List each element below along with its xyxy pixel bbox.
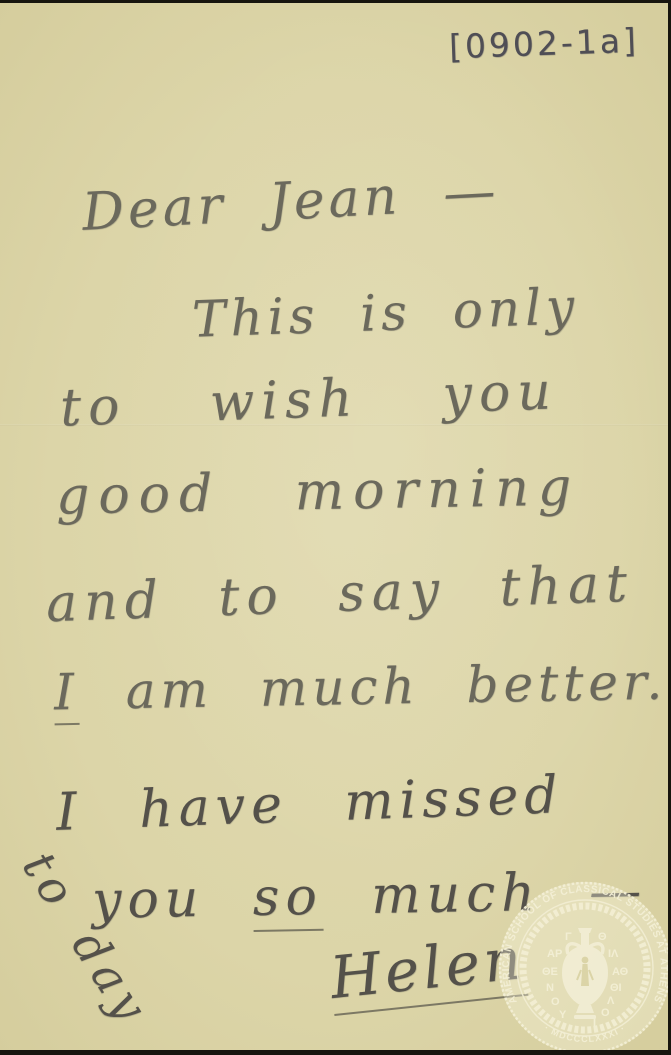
svg-text:Ν: Ν: [546, 982, 554, 994]
letter-line-much-better: I am much better.: [54, 653, 668, 722]
letter-line-this-is-only: This is only: [191, 277, 580, 348]
svg-text:Γ: Γ: [565, 931, 572, 943]
embossed-seal: AMERICAN SCHOOL OF CLASSICAL STUDIES AT …: [495, 878, 671, 1055]
svg-text:ΑΘ: ΑΘ: [612, 966, 629, 978]
svg-text:Υ: Υ: [559, 1009, 567, 1021]
svg-text:Θ: Θ: [598, 931, 607, 943]
svg-text:ΘΙ: ΘΙ: [610, 982, 622, 994]
letter-salutation: Dear Jean —: [81, 161, 501, 243]
svg-text:Λ: Λ: [607, 995, 615, 1007]
archive-reference-annotation: [0902-1a]: [448, 21, 639, 67]
svg-text:ΑΡ: ΑΡ: [547, 948, 562, 960]
scanned-letter-page: [0902-1a] Dear Jean — This is only to wi…: [0, 0, 671, 1055]
scan-edge-bottom: [0, 1050, 671, 1055]
letter-word-you: you: [92, 868, 254, 931]
american-school-classical-studies-athens-seal-icon: AMERICAN SCHOOL OF CLASSICAL STUDIES AT …: [495, 878, 671, 1055]
underlined-word-i: I: [54, 663, 80, 725]
svg-text:Ο: Ο: [601, 1007, 610, 1019]
svg-text:ΘΕ: ΘΕ: [542, 966, 558, 978]
letter-line-good-morning: good morning: [56, 457, 581, 526]
letter-line-to-wish-you: to wish you: [59, 361, 559, 438]
letter-line-and-to-say-that-text: and to say that: [45, 554, 635, 634]
svg-text:ΙΛ: ΙΛ: [608, 948, 619, 960]
letter-line-much-better-rest: am much better.: [78, 653, 667, 721]
underlined-word-so: so: [252, 867, 323, 932]
letter-line-i-have-missed: I have missed: [55, 765, 564, 843]
svg-text:Ο: Ο: [551, 996, 560, 1008]
letter-line-and-to-say-that: and to say that: [45, 554, 635, 634]
scan-edge-top: [0, 0, 671, 3]
svg-text:Ι: Ι: [593, 1017, 596, 1029]
